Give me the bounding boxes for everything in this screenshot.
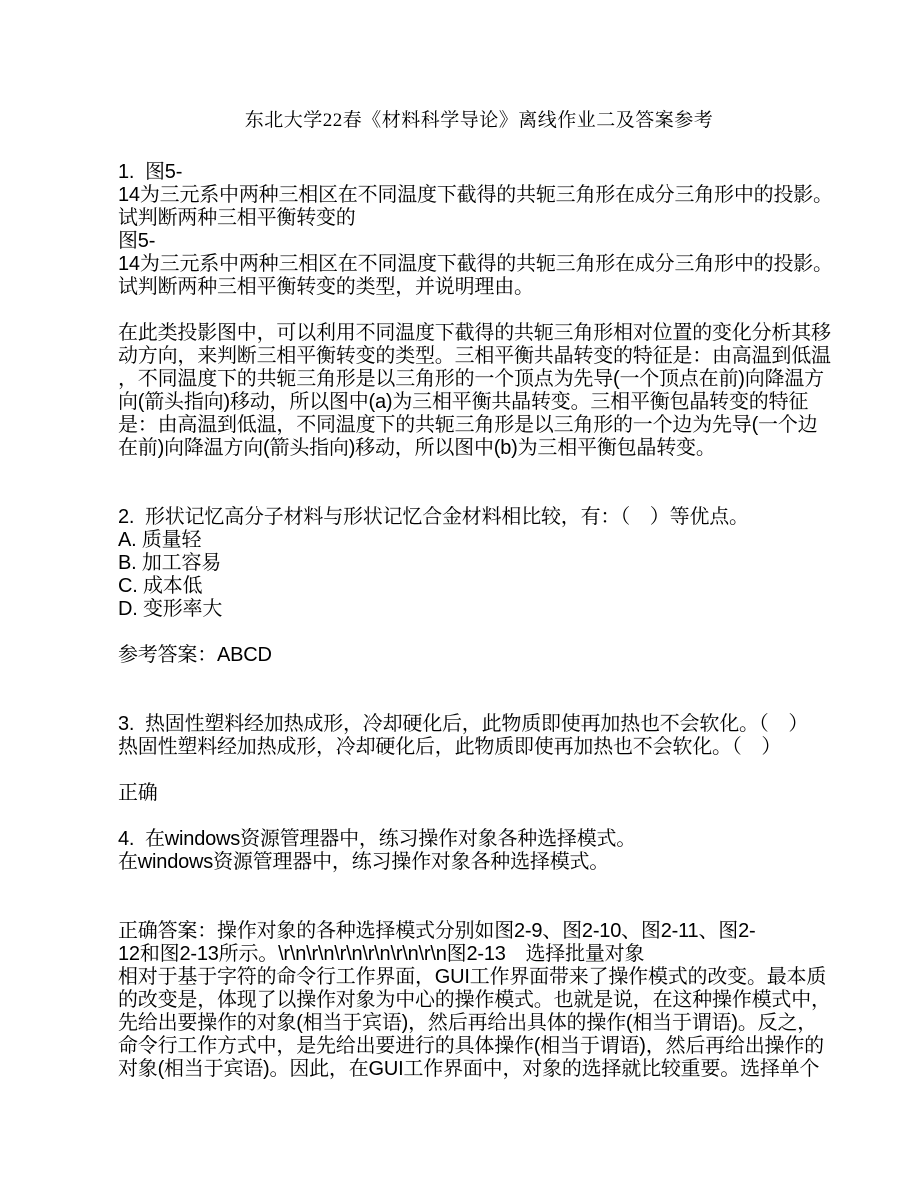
text-line: 12和图2-13所示。\r\n\r\n\r\n\r\n\r\n\r\n图2-13… [118, 943, 840, 966]
blank-line [118, 667, 840, 690]
text-line: A. 质量轻 [118, 529, 840, 552]
text-line: 正确 [118, 782, 840, 805]
text-line: 相对于基于字符的命令行工作界面，GUI工作界面带来了操作模式的改变。最本质 [118, 966, 840, 989]
text-line: 参考答案：ABCD [118, 644, 840, 667]
document-body: 1. 图5-14为三元系中两种三相区在不同温度下截得的共轭三角形在成分三角形中的… [118, 161, 840, 1081]
blank-line [118, 460, 840, 483]
question-1-answer: 在此类投影图中，可以利用不同温度下截得的共轭三角形相对位置的变化分析其移动方向，… [118, 299, 840, 460]
text-line: 的改变是，体现了以操作对象为中心的操作模式。也就是说，在这种操作模式中， [118, 989, 840, 1012]
text-line: 3. 热固性塑料经加热成形，冷却硬化后，此物质即使再加热也不会软化。（ ） [118, 713, 840, 736]
text-line: 向(箭头指向)移动，所以图中(a)为三相平衡共晶转变。三相平衡包晶转变的特征 [118, 391, 840, 414]
text-line: 动方向，来判断三相平衡转变的类型。三相平衡共晶转变的特征是：由高温到低温 [118, 345, 840, 368]
text-line: 1. 图5- [118, 161, 840, 184]
text-line: B. 加工容易 [118, 552, 840, 575]
text-line: 热固性塑料经加热成形，冷却硬化后，此物质即使再加热也不会软化。（ ） [118, 736, 840, 759]
text-line: 14为三元系中两种三相区在不同温度下截得的共轭三角形在成分三角形中的投影。 [118, 184, 840, 207]
question-3: 3. 热固性塑料经加热成形，冷却硬化后，此物质即使再加热也不会软化。（ ）热固性… [118, 667, 840, 759]
text-line: 在前)向降温方向(箭头指向)移动，所以图中(b)为三相平衡包晶转变。 [118, 437, 840, 460]
blank-line [118, 690, 840, 713]
question-3-answer: 正确 [118, 759, 840, 805]
blank-line [118, 874, 840, 897]
text-line: 先给出要操作的对象(相当于宾语)，然后再给出具体的操作(相当于谓语)。反之， [118, 1012, 840, 1035]
text-line: 在windows资源管理器中，练习操作对象各种选择模式。 [118, 851, 840, 874]
question-1: 1. 图5-14为三元系中两种三相区在不同温度下截得的共轭三角形在成分三角形中的… [118, 161, 840, 299]
blank-line [118, 299, 840, 322]
text-line: C. 成本低 [118, 575, 840, 598]
document-page: 东北大学22春《材料科学导论》离线作业二及答案参考 1. 图5-14为三元系中两… [0, 0, 920, 1191]
text-line: 试判断两种三相平衡转变的 [118, 207, 840, 230]
blank-line [118, 621, 840, 644]
text-line: 2. 形状记忆高分子材料与形状记忆合金材料相比较，有：（ ）等优点。 [118, 506, 840, 529]
question-4-answer: 正确答案：操作对象的各种选择模式分别如图2-9、图2-10、图2-11、图2-1… [118, 874, 840, 1081]
question-4: 4. 在windows资源管理器中，练习操作对象各种选择模式。在windows资… [118, 805, 840, 874]
text-line: 4. 在windows资源管理器中，练习操作对象各种选择模式。 [118, 828, 840, 851]
text-line: 图5- [118, 230, 840, 253]
text-line: 命令行工作方式中，是先给出要进行的具体操作(相当于谓语)，然后再给出操作的 [118, 1035, 840, 1058]
text-line: 在此类投影图中，可以利用不同温度下截得的共轭三角形相对位置的变化分析其移 [118, 322, 840, 345]
question-2: 2. 形状记忆高分子材料与形状记忆合金材料相比较，有：（ ）等优点。A. 质量轻… [118, 460, 840, 621]
text-line: 14为三元系中两种三相区在不同温度下截得的共轭三角形在成分三角形中的投影。 [118, 253, 840, 276]
blank-line [118, 759, 840, 782]
blank-line [118, 483, 840, 506]
text-line: 试判断两种三相平衡转变的类型，并说明理由。 [118, 276, 840, 299]
blank-line [118, 897, 840, 920]
text-line: ，不同温度下的共轭三角形是以三角形的一个顶点为先导(一个顶点在前)向降温方 [118, 368, 840, 391]
blank-line [118, 805, 840, 828]
text-line: 正确答案：操作对象的各种选择模式分别如图2-9、图2-10、图2-11、图2- [118, 920, 840, 943]
text-line: 是：由高温到低温，不同温度下的共轭三角形是以三角形的一个边为先导(一个边 [118, 414, 840, 437]
document-title: 东北大学22春《材料科学导论》离线作业二及答案参考 [118, 109, 840, 132]
text-line: D. 变形率大 [118, 598, 840, 621]
question-2-answer: 参考答案：ABCD [118, 621, 840, 667]
text-line: 对象(相当于宾语)。因此，在GUI工作界面中，对象的选择就比较重要。选择单个 [118, 1058, 840, 1081]
